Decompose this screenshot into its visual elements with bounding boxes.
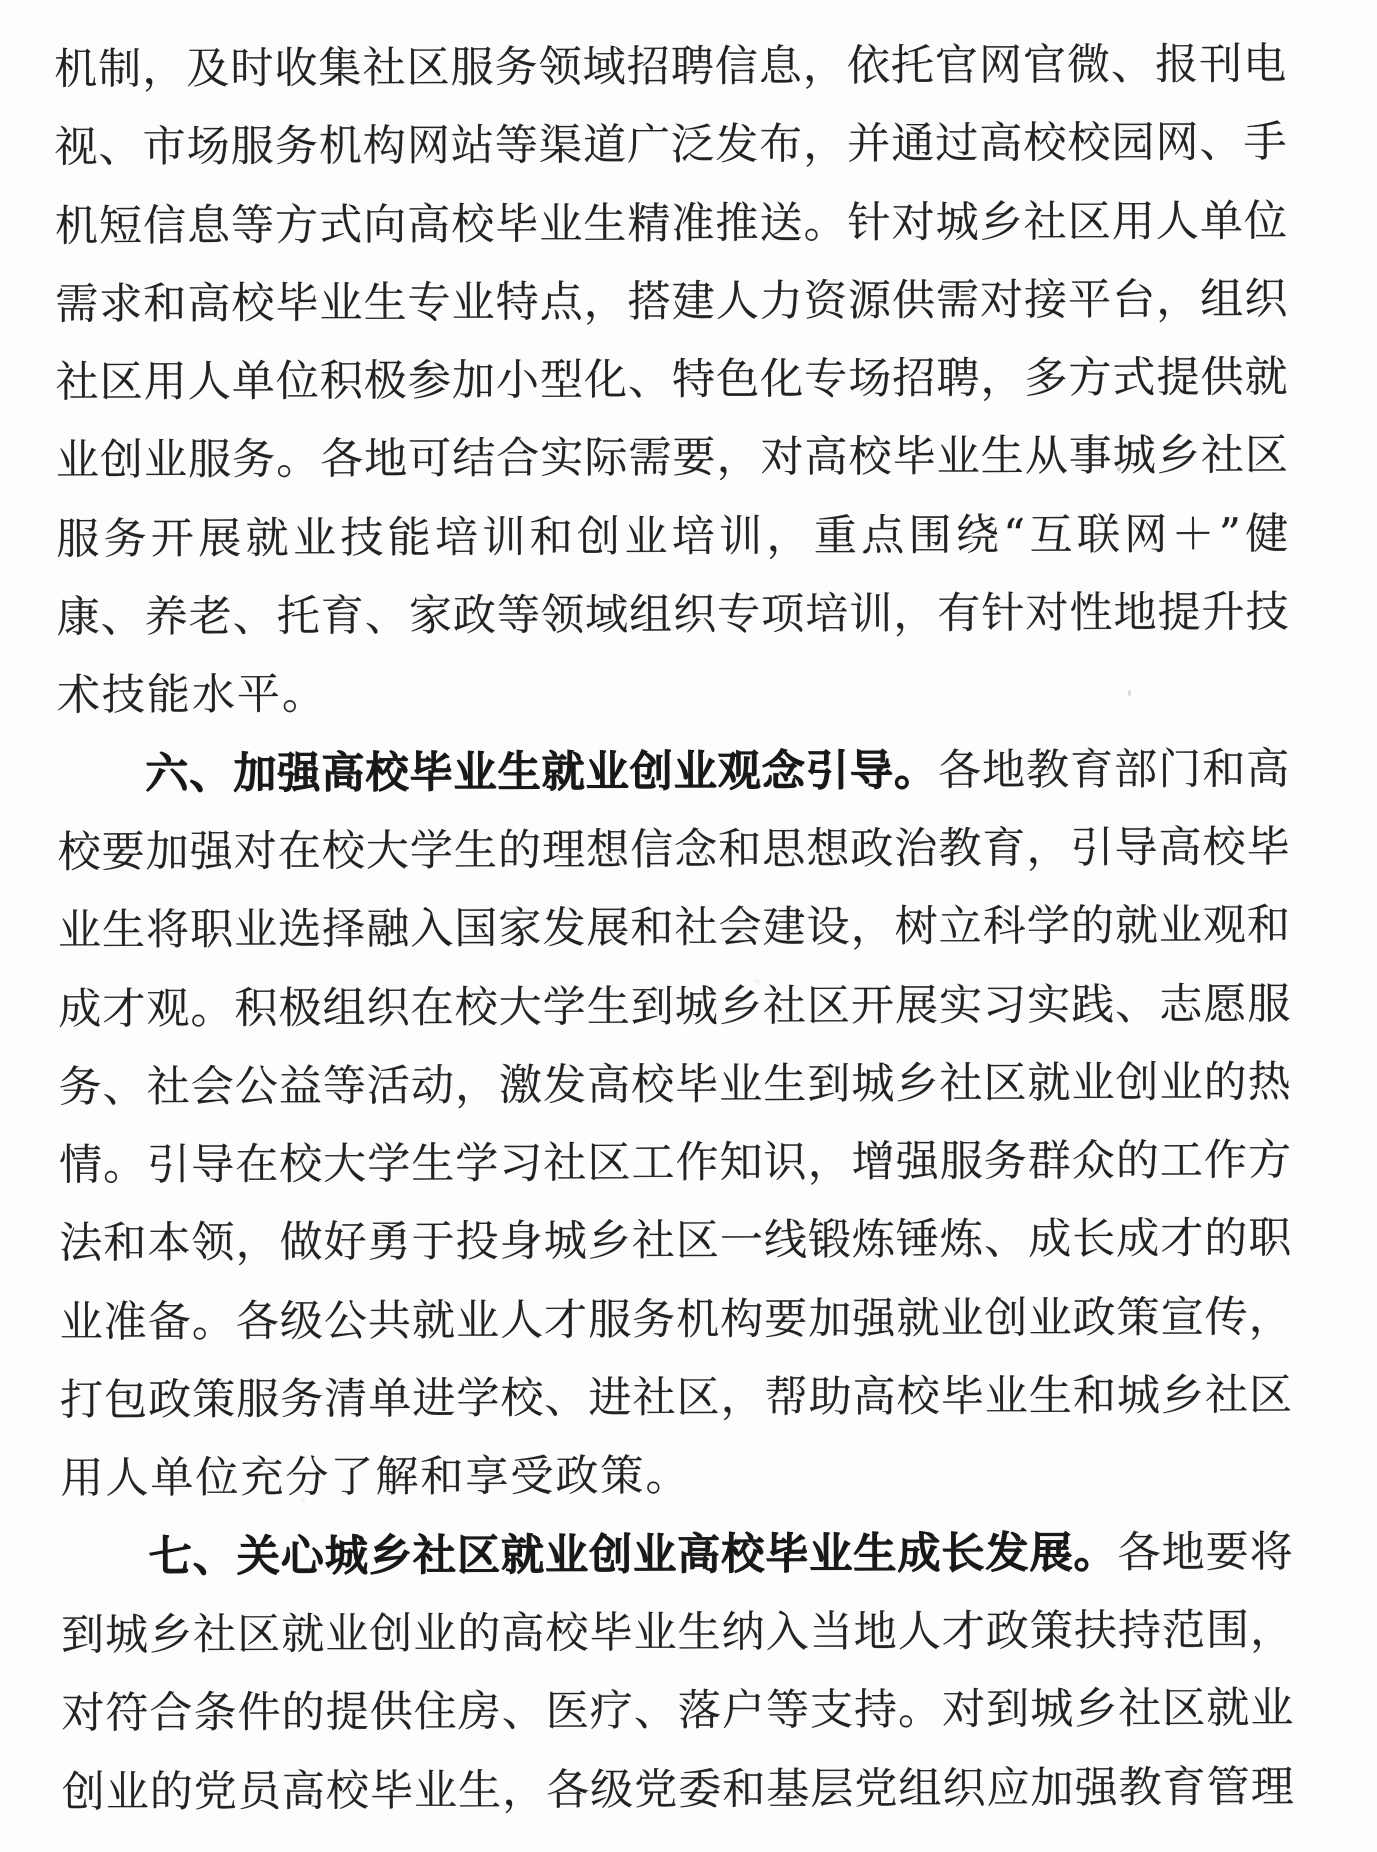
- document-line: 成才观。积极组织在校大学生到城乡社区开展实习实践、志愿服: [58, 965, 1290, 1049]
- paragraph-end-line: 用人单位充分了解和享受政策。: [60, 1435, 1292, 1519]
- section-heading-7: 七、关心城乡社区就业创业高校毕业生成长发展。: [149, 1528, 1118, 1582]
- document-line: 法和本领，做好勇于投身城乡社区一线锻炼锤炼、成长成才的职: [59, 1200, 1291, 1284]
- paragraph-end-line: 术技能水平。: [57, 652, 1289, 736]
- document-line: 到城乡社区就业创业的高校毕业生纳入当地人才政策扶持范围，: [61, 1591, 1293, 1675]
- document-line-text: 各地教育部门和高: [938, 744, 1289, 796]
- document-line: 机短信息等方式向高校毕业生精准推送。针对城乡社区用人单位: [55, 182, 1287, 266]
- document-line: 打包政策服务清单进学校、进社区，帮助高校毕业生和城乡社区: [60, 1356, 1292, 1440]
- document-line: 业生将职业选择融入国家发展和社会建设，树立科学的就业观和: [58, 887, 1290, 971]
- document-line-text: 各地要将: [1118, 1527, 1293, 1578]
- section-heading-6: 六、加强高校毕业生就业创业观念引导。: [145, 746, 938, 799]
- document-line: 创业的党员高校毕业生，各级党委和基层党组织应加强教育管理: [62, 1748, 1294, 1832]
- document-line: 视、市场服务机构网站等渠道广泛发布，并通过高校校园网、手: [54, 104, 1286, 188]
- document-line: 校要加强对在校大学生的理想信念和思想政治教育，引导高校毕: [57, 808, 1289, 892]
- document-line: 需求和高校毕业生专业特点，搭建人力资源供需对接平台，组织: [55, 260, 1287, 344]
- section-heading-line-6: 六、加强高校毕业生就业创业观念引导。各地教育部门和高: [57, 730, 1289, 814]
- document-line: 社区用人单位积极参加小型化、特色化专场招聘，多方式提供就: [55, 339, 1287, 423]
- document-page: 机制，及时收集社区服务领域招聘信息，依托官网官微、报刊电 视、市场服务机构网站等…: [0, 0, 1377, 1852]
- document-text-block: 机制，及时收集社区服务领域招聘信息，依托官网官微、报刊电 视、市场服务机构网站等…: [54, 25, 1294, 1831]
- document-line: 情。引导在校大学生学习社区工作知识，增强服务群众的工作方: [59, 1121, 1291, 1205]
- document-line: 业创业服务。各地可结合实际需要，对高校毕业生从事城乡社区: [56, 417, 1288, 501]
- document-line: 务、社会公益等活动，激发高校毕业生到城乡社区就业创业的热: [59, 1043, 1291, 1127]
- document-line: 机制，及时收集社区服务领域招聘信息，依托官网官微、报刊电: [54, 25, 1286, 109]
- section-heading-line-7: 七、关心城乡社区就业创业高校毕业生成长发展。各地要将: [61, 1513, 1293, 1597]
- document-line: 对符合条件的提供住房、医疗、落户等支持。对到城乡社区就业: [61, 1670, 1293, 1754]
- document-line: 业准备。各级公共就业人才服务机构要加强就业创业政策宣传，: [60, 1278, 1292, 1362]
- document-line: 服务开展就业技能培训和创业培训，重点围绕“互联网＋”健: [56, 495, 1288, 579]
- document-line: 康、养老、托育、家政等领域组织专项培训，有针对性地提升技: [56, 573, 1288, 657]
